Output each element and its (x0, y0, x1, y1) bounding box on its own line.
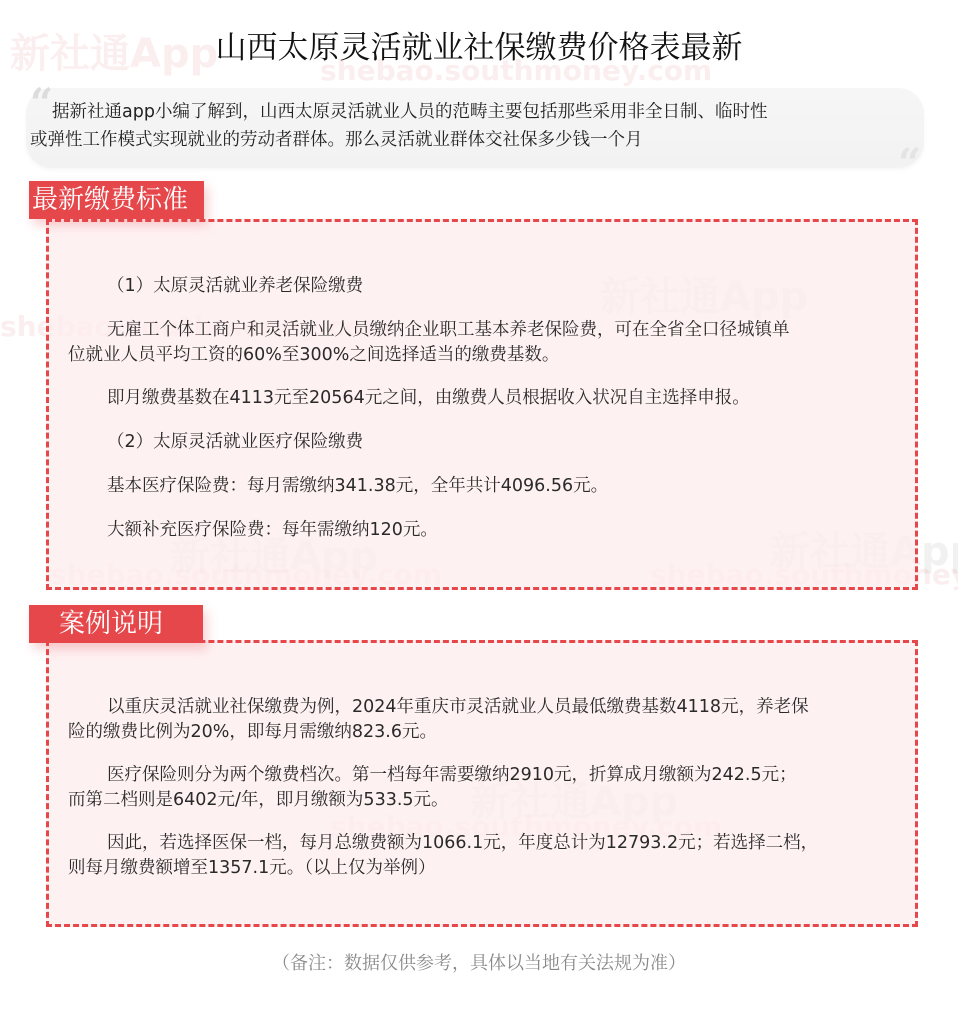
section-label-standard: 最新缴费标准 (29, 181, 204, 219)
section-paragraph: 即月缴费基数在4113元至20564元之间，由缴费人员根据收入状况自主选择申报。 (107, 386, 750, 411)
paragraph-line: 医疗保险则分为两个缴费档次。第一档每年需要缴纳2910元，折算成月缴额为242.… (68, 763, 908, 788)
intro-line: 据新社通app小编了解到，山西太原灵活就业人员的范畴主要包括那些采用非全日制、临… (30, 98, 910, 126)
section-paragraph: 医疗保险则分为两个缴费档次。第一档每年需要缴纳2910元，折算成月缴额为242.… (68, 763, 908, 813)
section-paragraph: （1）太原灵活就业养老保险缴费 (107, 274, 363, 299)
section-paragraph: 大额补充医疗保险费：每年需缴纳120元。 (107, 518, 438, 543)
intro-text: 据新社通app小编了解到，山西太原灵活就业人员的范畴主要包括那些采用非全日制、临… (30, 98, 910, 154)
section-paragraph: （2）太原灵活就业医疗保险缴费 (107, 430, 363, 455)
footnote: （备注：数据仅供参考，具体以当地有关法规为准） (0, 949, 958, 975)
paragraph-line: 则每月缴费额增至1357.1元。（以上仅为举例） (68, 856, 908, 881)
paragraph-line: 无雇工个体工商户和灵活就业人员缴纳企业职工基本养老保险费，可在全省全口径城镇单 (68, 318, 898, 343)
section-paragraph: 以重庆灵活就业社保缴费为例，2024年重庆市灵活就业人员最低缴费基数4118元，… (68, 695, 908, 745)
page-title: 山西太原灵活就业社保缴费价格表最新 (0, 22, 958, 67)
paragraph-line: 以重庆灵活就业社保缴费为例，2024年重庆市灵活就业人员最低缴费基数4118元，… (68, 695, 908, 720)
paragraph-line: 位就业人员平均工资的60%至300%之间选择适当的缴费基数。 (68, 343, 898, 368)
section-label-case: 案例说明 (29, 605, 203, 643)
paragraph-line: 而第二档则是6402元/年，即月缴额为533.5元。 (68, 788, 908, 813)
paragraph-line: 险的缴费比例为20%，即每月需缴纳823.6元。 (68, 720, 908, 745)
section-paragraph: 无雇工个体工商户和灵活就业人员缴纳企业职工基本养老保险费，可在全省全口径城镇单 … (68, 318, 898, 368)
section-paragraph: 基本医疗保险费：每月需缴纳341.38元，全年共计4096.56元。 (107, 474, 608, 499)
section-paragraph: 因此，若选择医保一档，每月总缴费额为1066.1元，年度总计为12793.2元；… (68, 831, 908, 881)
intro-line: 或弹性工作模式实现就业的劳动者群体。那么灵活就业群体交社保多少钱一个月 (30, 126, 910, 154)
paragraph-line: 因此，若选择医保一档，每月总缴费额为1066.1元，年度总计为12793.2元；… (68, 831, 908, 856)
